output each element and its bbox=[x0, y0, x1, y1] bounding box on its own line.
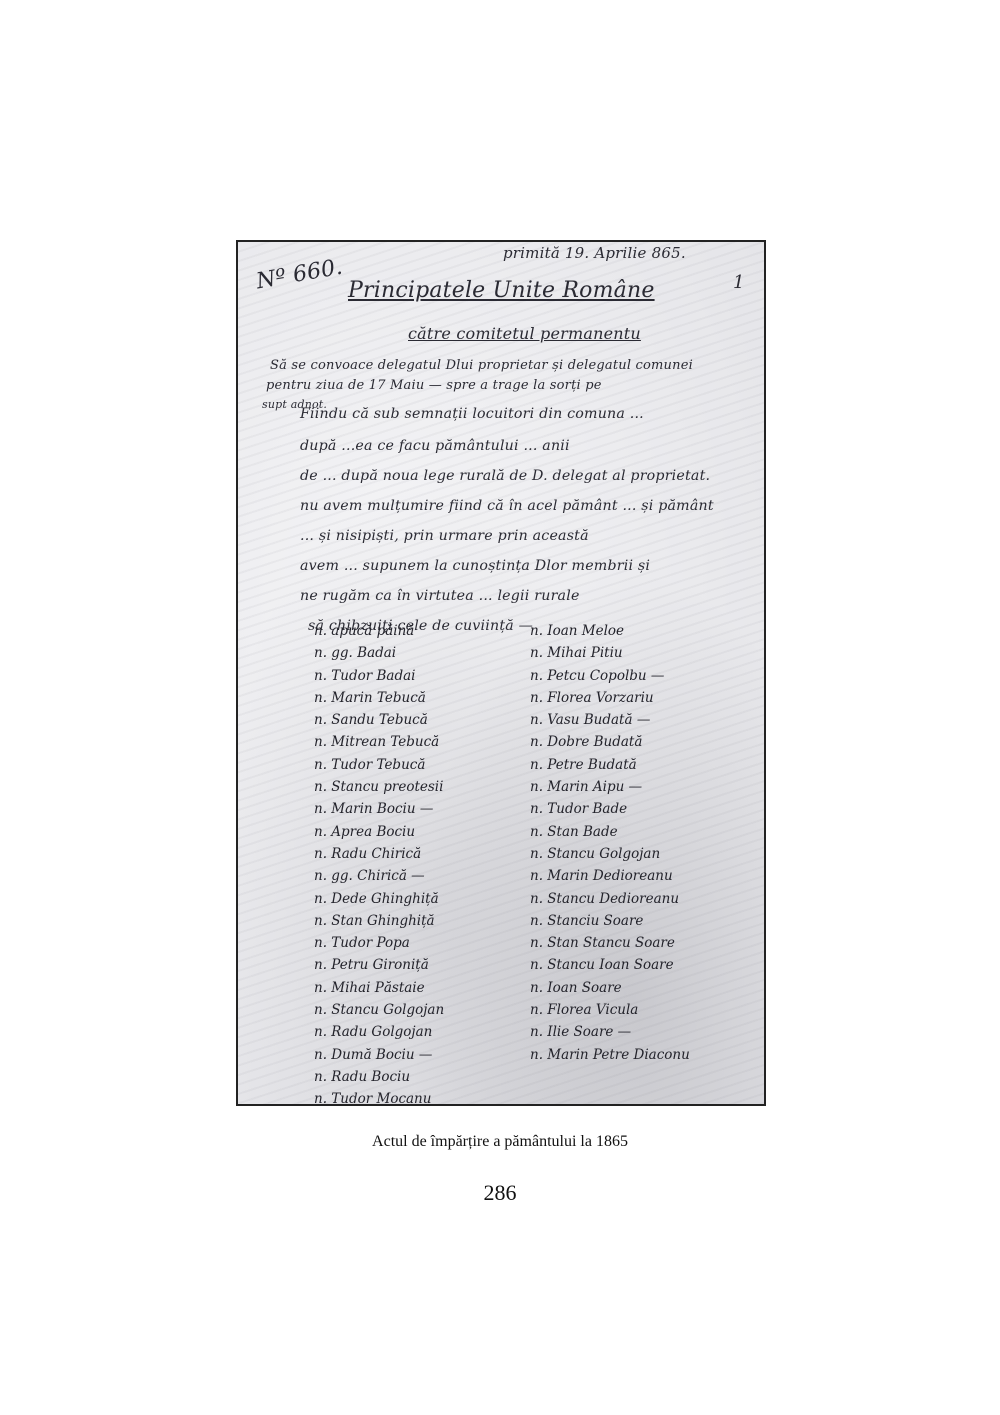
name-entry: n. Florea Vorzariu bbox=[530, 687, 690, 709]
name-entry: n. Tudor Popa bbox=[314, 932, 444, 954]
name-entry: n. Stan Stancu Soare bbox=[530, 932, 690, 954]
name-entry: n. Tudor Bade bbox=[530, 798, 690, 820]
name-entry: n. gg. Chirică — bbox=[314, 865, 444, 887]
name-entry: n. Vasu Budată — bbox=[530, 709, 690, 731]
body-line: pentru ziua de 17 Maiu — spre a trage la… bbox=[266, 378, 602, 393]
body-line: ne rugăm ca în virtutea ... legii rurale bbox=[300, 588, 580, 604]
name-entry: n. Mihai Păstaie bbox=[314, 977, 444, 999]
name-entry: n. Mitrean Tebucă bbox=[314, 731, 444, 753]
body-line: de ... după noua lege rurală de D. deleg… bbox=[300, 468, 710, 484]
name-entry: n. Ioan Meloe bbox=[530, 620, 690, 642]
name-entry: n. Aprea Bociu bbox=[314, 821, 444, 843]
document-photo-figure: primită 19. Aprilie 865. Nº 660. 1 Princ… bbox=[236, 240, 766, 1106]
name-entry: n. Ilie Soare — bbox=[530, 1021, 690, 1043]
name-entry: n. Marin Tebucă bbox=[314, 687, 444, 709]
document-title: Principatele Unite Române bbox=[348, 278, 655, 303]
page-mark: 1 bbox=[733, 272, 745, 293]
body-line: ... și nisipiști, prin urmare prin aceas… bbox=[300, 528, 589, 544]
name-entry: n. Radu Golgojan bbox=[314, 1021, 444, 1043]
name-entry: n. Stan Bade bbox=[530, 821, 690, 843]
name-entry: n. Stanciu Soare bbox=[530, 910, 690, 932]
body-line: avem ... supunem la cunoștința Dlor memb… bbox=[300, 558, 650, 574]
document-subtitle: către comitetul permanentu bbox=[408, 324, 641, 343]
name-entry: n. Ioan Soare bbox=[530, 977, 690, 999]
name-entry: n. Sandu Tebucă bbox=[314, 709, 444, 731]
name-entry: n. Petre Budată bbox=[530, 754, 690, 776]
body-line: Să se convoace delegatul Dlui proprietar… bbox=[270, 358, 693, 373]
name-entry: n. Tudor Mocanu bbox=[314, 1088, 444, 1106]
document-number: Nº 660. bbox=[254, 255, 344, 295]
name-entry: n. Mihai Pitiu bbox=[530, 642, 690, 664]
name-entry: n. Radu Bociu bbox=[314, 1066, 444, 1088]
received-date-note: primită 19. Aprilie 865. bbox=[503, 244, 686, 262]
name-entry: n. Petru Gironiță bbox=[314, 954, 444, 976]
name-entry: n. gg. Badai bbox=[314, 642, 444, 664]
name-entry: n. Petcu Copolbu — bbox=[530, 665, 690, 687]
name-entry: n. Stan Ghinghiță bbox=[314, 910, 444, 932]
name-entry: n. Stancu Dedioreanu bbox=[530, 888, 690, 910]
body-line: după ...ea ce facu pământului ... anii bbox=[300, 438, 570, 454]
name-entry: n. Stancu Golgojan bbox=[314, 999, 444, 1021]
name-entry: n. apucă păină bbox=[314, 620, 444, 642]
name-entry: n. Radu Chirică bbox=[314, 843, 444, 865]
figure-caption: Actul de împărțire a pământului la 1865 bbox=[0, 1133, 1000, 1151]
name-entry: n. Marin Aipu — bbox=[530, 776, 690, 798]
name-entry: n. Stancu Ioan Soare bbox=[530, 954, 690, 976]
body-line: Fiindu că sub semnații locuitori din com… bbox=[300, 406, 644, 422]
name-entry: n. Stancu preotesii bbox=[314, 776, 444, 798]
name-entry: n. Marin Dedioreanu bbox=[530, 865, 690, 887]
page-number: 286 bbox=[0, 1180, 1000, 1206]
name-entry: n. Marin Petre Diaconu bbox=[530, 1044, 690, 1066]
name-entry: n. Tudor Tebucă bbox=[314, 754, 444, 776]
name-entry: n. Dumă Bociu — bbox=[314, 1044, 444, 1066]
name-entry: n. Florea Vicula bbox=[530, 999, 690, 1021]
name-entry: n. Stancu Golgojan bbox=[530, 843, 690, 865]
name-entry: n. Dobre Budată bbox=[530, 731, 690, 753]
names-list-left: n. apucă păină n. gg. Badai n. Tudor Bad… bbox=[314, 620, 444, 1106]
name-entry: n. Tudor Badai bbox=[314, 665, 444, 687]
names-list-right: n. Ioan Meloe n. Mihai Pitiu n. Petcu Co… bbox=[530, 620, 690, 1066]
name-entry: n. Marin Bociu — bbox=[314, 798, 444, 820]
body-line: nu avem mulțumire fiind că în acel pămân… bbox=[300, 498, 714, 514]
name-entry: n. Dede Ghinghiță bbox=[314, 888, 444, 910]
